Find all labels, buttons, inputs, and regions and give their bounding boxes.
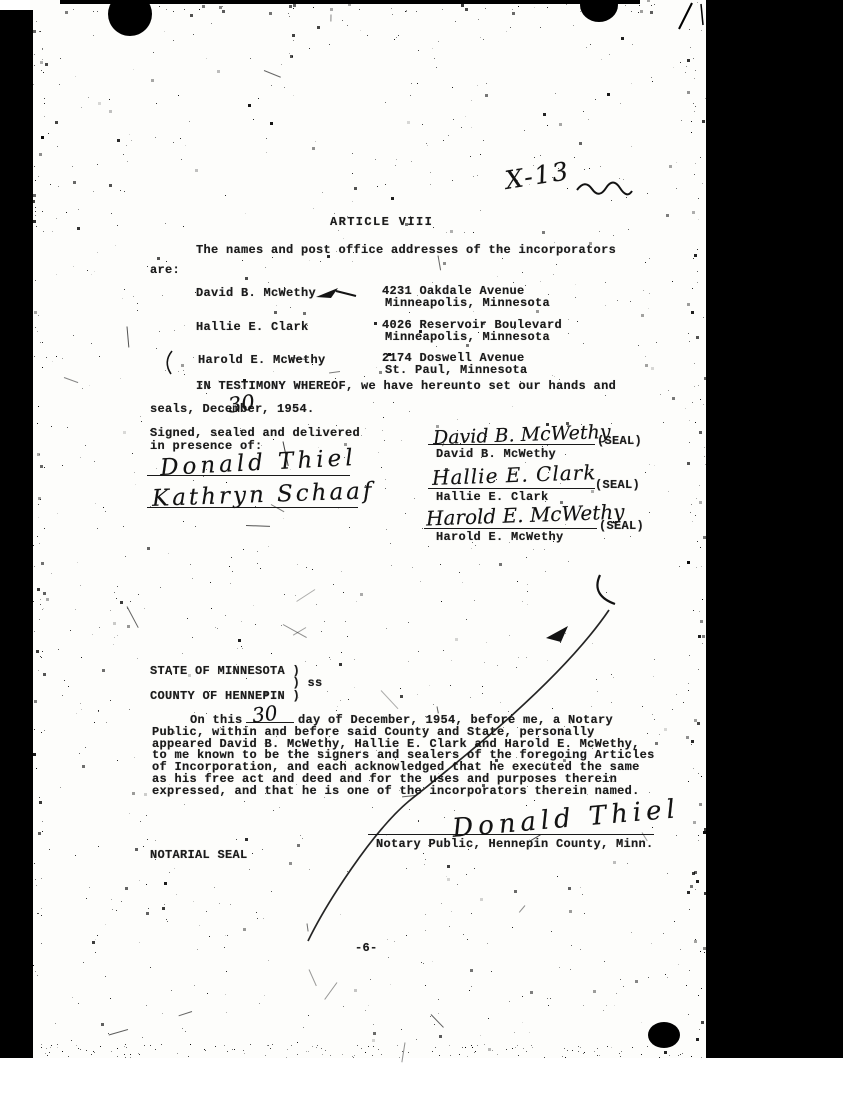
venue-county-line: COUNTY OF HENNEPIN ) — [150, 690, 300, 702]
incorporator-address-line: St. Paul, Minnesota — [385, 364, 528, 376]
incorporator-name: Hallie E. Clark — [196, 321, 309, 333]
notarial-seal-label: NOTARIAL SEAL — [150, 849, 248, 861]
seal-label: (SEAL) — [597, 435, 642, 447]
article-heading: ARTICLE VIII — [330, 216, 433, 228]
signer-typed-name: Hallie E. Clark — [436, 491, 549, 503]
scanned-document-page: X-13 ARTICLE VIII The names and post off… — [0, 0, 843, 1100]
testimony-handwritten-day: 30 — [226, 390, 256, 417]
incorporator-address-line: Minneapolis, Minnesota — [385, 331, 550, 343]
article-intro-line: The names and post office addresses of t… — [196, 244, 616, 256]
incorporator-name: Harold E. McWethy — [198, 354, 326, 366]
incorporator-name: David B. McWethy — [196, 287, 316, 299]
notary-title-line: Notary Public, Hennepin County, Minn. — [376, 838, 654, 850]
notary-handwritten-day: 30 — [251, 701, 279, 728]
notary-paragraph-line: expressed, and that he is one of the inc… — [152, 785, 640, 797]
page-number: -6- — [355, 942, 378, 954]
article-intro-carry: are: — [150, 264, 180, 276]
venue-ss-line: ) ss — [150, 677, 323, 689]
witness-caption-line: Signed, sealed and delivered — [150, 427, 360, 439]
testimony-line2-suffix: , 1954. — [262, 403, 315, 415]
signer-typed-name: David B. McWethy — [436, 448, 556, 460]
scan-black-edge-right — [706, 0, 843, 1058]
seal-label: (SEAL) — [595, 479, 640, 491]
seal-label: (SEAL) — [599, 520, 644, 532]
scan-black-edge-left — [0, 10, 33, 1058]
punch-hole-bottom-right — [648, 1022, 680, 1048]
signer-typed-name: Harold E. McWethy — [436, 531, 564, 543]
incorporator-address-line: Minneapolis, Minnesota — [385, 297, 550, 309]
testimony-line1: IN TESTIMONY WHEREOF, we have hereunto s… — [196, 380, 616, 392]
